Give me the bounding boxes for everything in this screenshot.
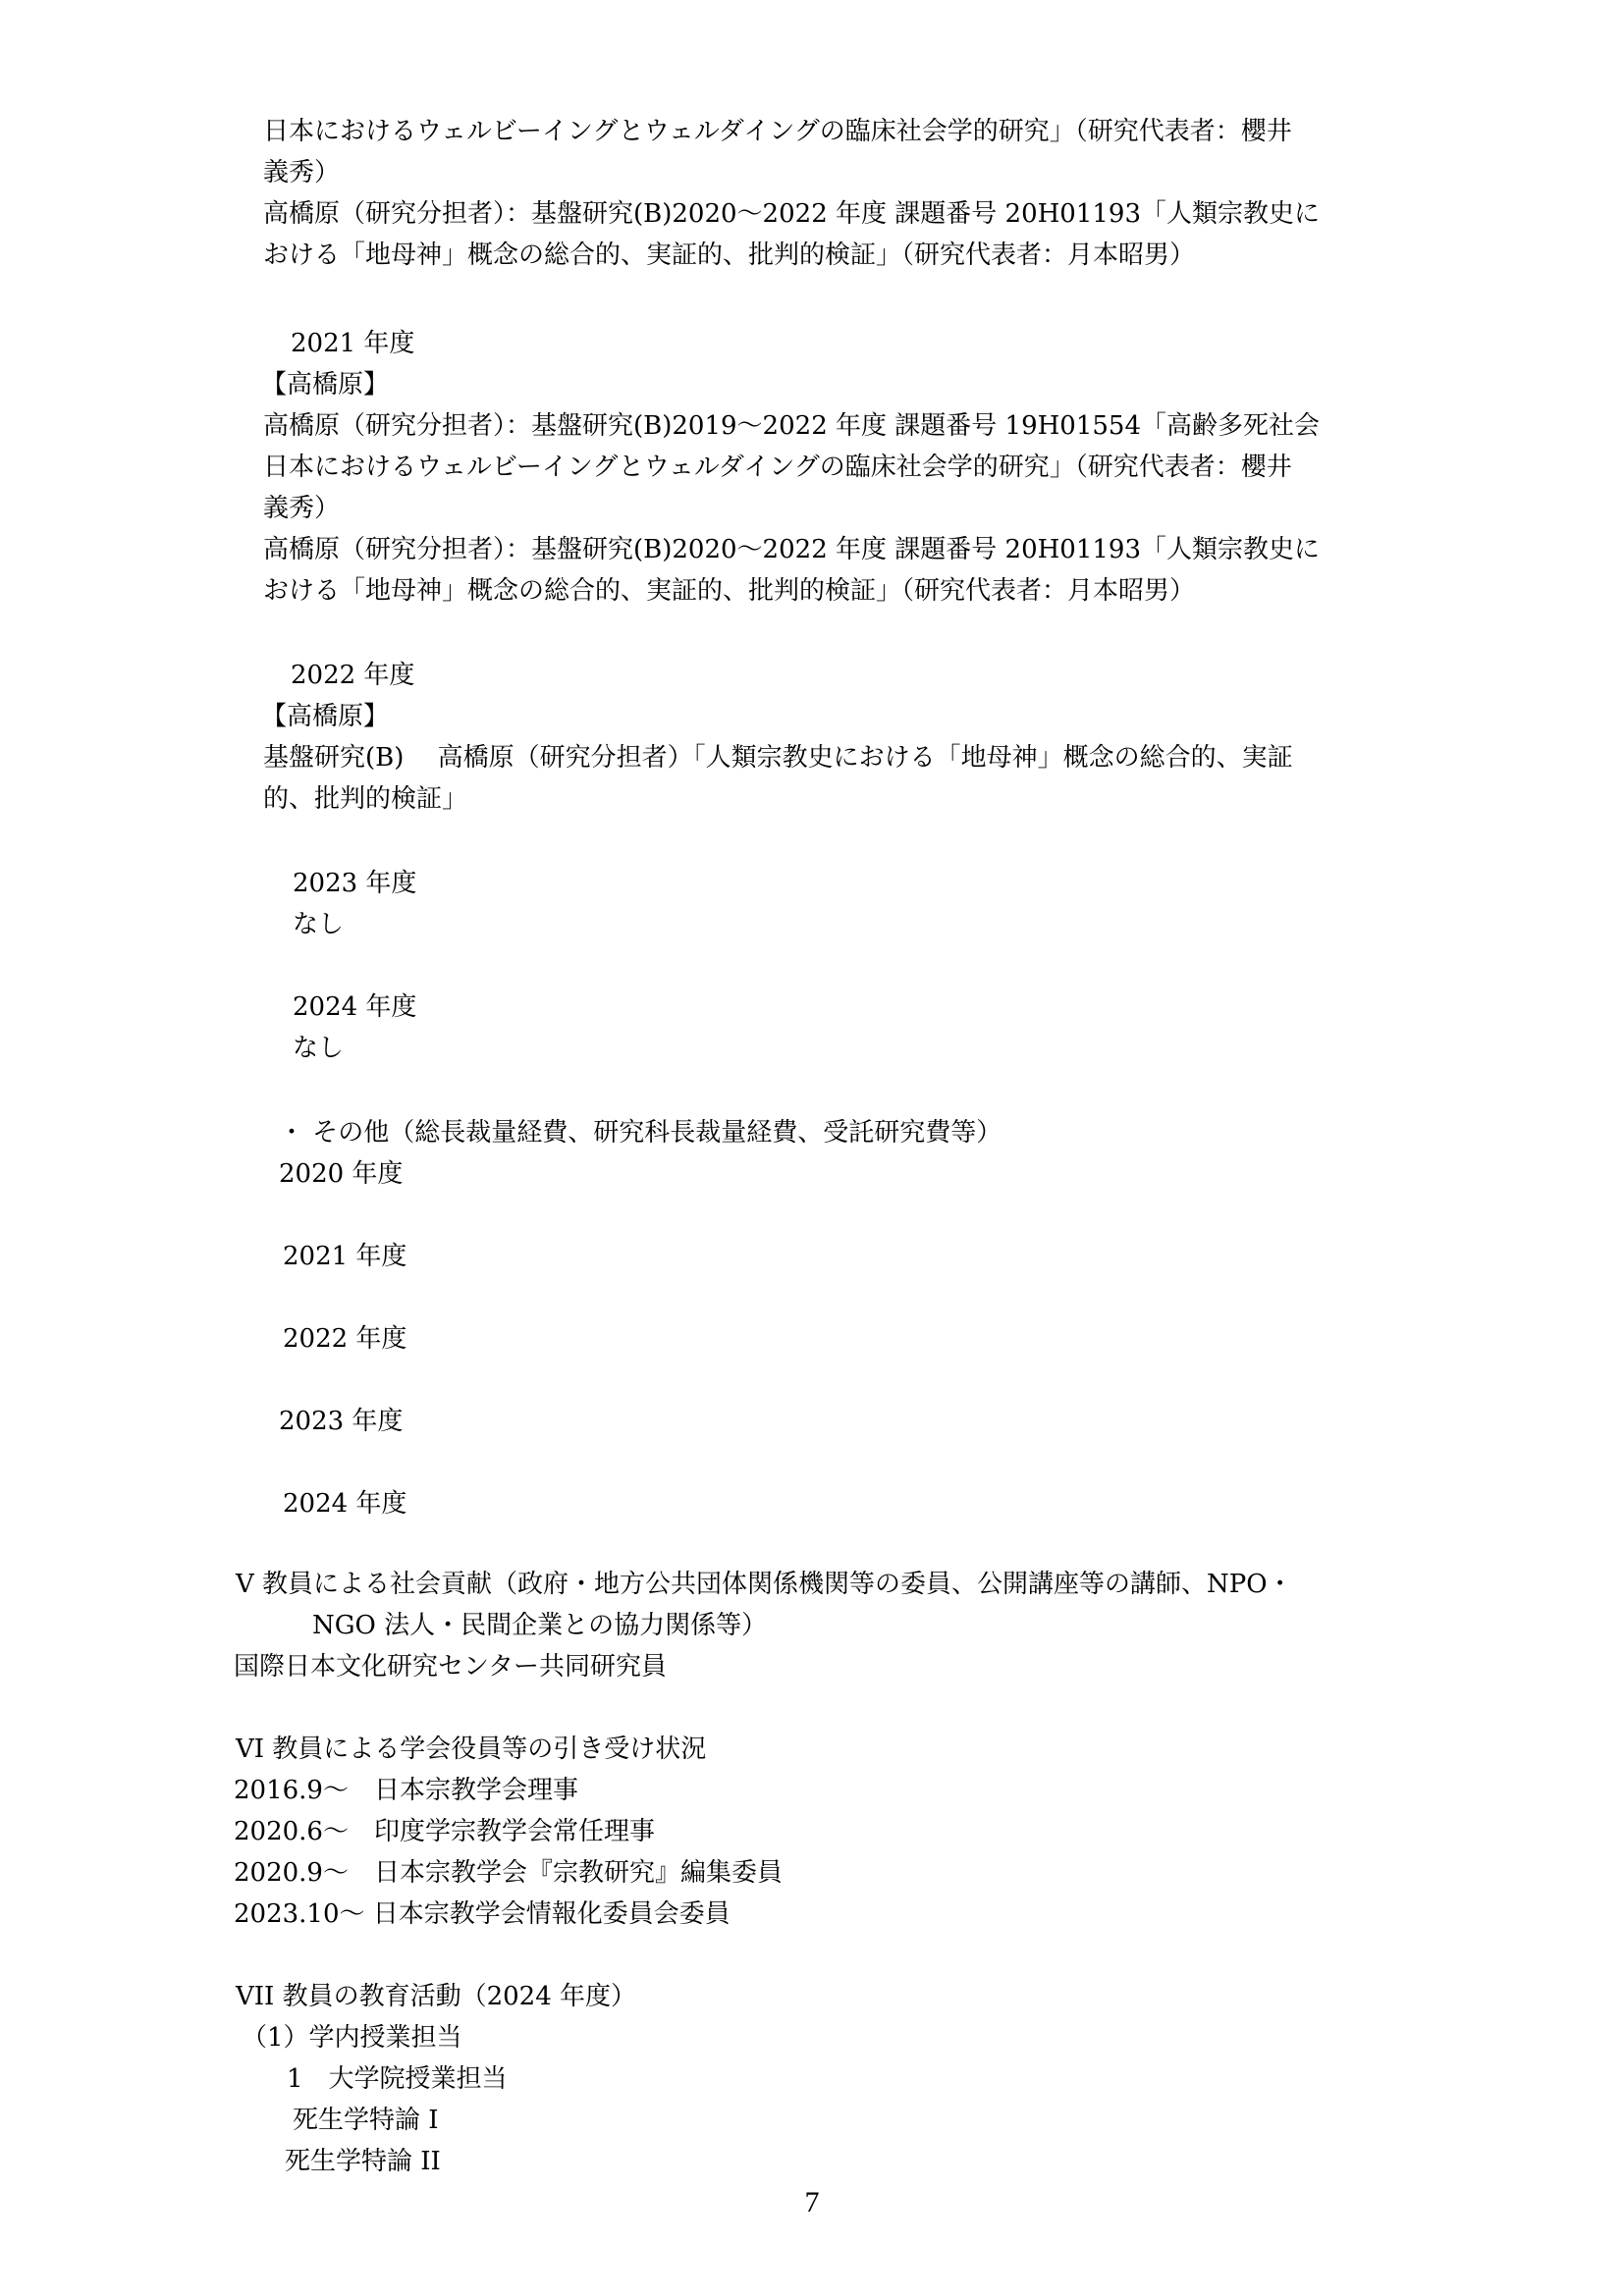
year-heading: 2020 年度: [279, 1158, 403, 1190]
list-item: 2016.9～ 日本宗教学会理事: [234, 1775, 578, 1806]
year-heading: 2022 年度: [291, 660, 414, 691]
course-item: 死生学特論 II: [285, 2146, 441, 2177]
text-line: 基盤研究(B) 高橋原（研究分担者）「人類宗教史における「地母神」概念の総合的、…: [263, 742, 1293, 774]
person-label: 【高橋原】: [261, 701, 389, 732]
list-item: 国際日本文化研究センター共同研究員: [234, 1651, 667, 1682]
text-line: 日本におけるウェルビーイングとウェルダイングの臨床社会学的研究」（研究代表者：櫻…: [263, 116, 1292, 147]
none-value: なし: [293, 1033, 344, 1064]
person-label: 【高橋原】: [261, 369, 389, 400]
section-heading: V 教員による社会貢献（政府・地方公共団体関係機関等の委員、公開講座等の講師、N…: [236, 1569, 1293, 1600]
text-line: 義秀）: [263, 157, 340, 188]
other-funding-heading: ・ その他（総長裁量経費、研究科長裁量経費、受託研究費等）: [279, 1117, 1001, 1148]
text-line: 日本におけるウェルビーイングとウェルダイングの臨床社会学的研究」（研究代表者：櫻…: [263, 452, 1292, 483]
year-heading: 2024 年度: [293, 991, 416, 1023]
list-item: 2023.10～ 日本宗教学会情報化委員会委員: [234, 1898, 731, 1930]
document-page: 日本におけるウェルビーイングとウェルダイングの臨床社会学的研究」（研究代表者：櫻…: [0, 0, 1624, 2296]
subsection-heading: （1）学内授業担当: [242, 2022, 462, 2054]
course-item: 死生学特論 I: [293, 2105, 439, 2136]
year-heading: 2021 年度: [291, 328, 414, 359]
page-number: 7: [0, 2185, 1624, 2220]
year-heading: 2023 年度: [279, 1406, 403, 1437]
year-heading: 2024 年度: [283, 1488, 406, 1520]
list-item: 2020.9～ 日本宗教学会『宗教研究』編集委員: [234, 1857, 783, 1889]
sub-item-heading: 1 大学院授業担当: [287, 2063, 508, 2095]
none-value: なし: [293, 909, 344, 940]
text-line: 義秀）: [263, 493, 340, 524]
text-line: おける「地母神」概念の総合的、実証的、批判的検証」（研究代表者：月本昭男）: [263, 575, 1195, 607]
year-heading: 2023 年度: [293, 868, 416, 899]
text-line: 高橋原（研究分担者）：基盤研究(B)2020～2022 年度 課題番号 20H0…: [263, 198, 1320, 230]
year-heading: 2021 年度: [283, 1241, 406, 1272]
section-heading: VI 教員による学会役員等の引き受け状況: [236, 1734, 706, 1765]
year-heading: 2022 年度: [283, 1323, 406, 1355]
section-heading: VII 教員の教育活動（2024 年度）: [236, 1981, 636, 2012]
text-line: 的、批判的検証」: [263, 783, 467, 815]
section-heading-continued: NGO 法人・民間企業との協力関係等）: [312, 1610, 767, 1641]
list-item: 2020.6～ 印度学宗教学会常任理事: [234, 1816, 655, 1847]
text-line: 高橋原（研究分担者）：基盤研究(B)2020～2022 年度 課題番号 20H0…: [263, 534, 1320, 565]
text-line: おける「地母神」概念の総合的、実証的、批判的検証」（研究代表者：月本昭男）: [263, 240, 1195, 271]
text-line: 高橋原（研究分担者）：基盤研究(B)2019～2022 年度 課題番号 19H0…: [263, 410, 1320, 442]
